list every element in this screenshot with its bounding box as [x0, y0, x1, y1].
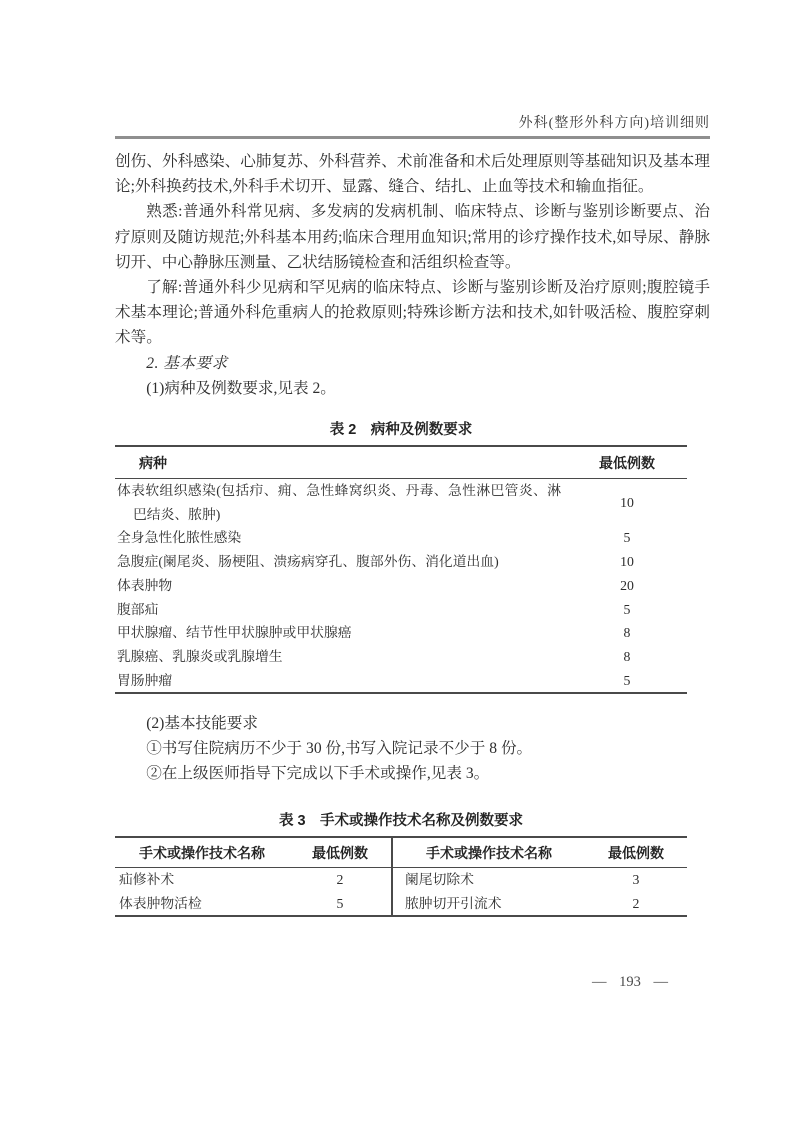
table3-row: 体表肿物活检 5 脓肿切开引流术 2 — [115, 892, 687, 917]
count-cell: 10 — [567, 550, 687, 574]
table2-header-disease: 病种 — [115, 446, 567, 479]
basic-skills-block: (2)基本技能要求 ①书写住院病历不少于 30 份,书写入院记录不少于 8 份。… — [115, 711, 710, 787]
operation-cell: 阑尾切除术 — [392, 868, 585, 892]
table2-title: 表 2 病种及例数要求 — [115, 420, 687, 440]
operation-cell: 疝修补术 — [115, 868, 289, 892]
table2-block: 表 2 病种及例数要求 病种 最低例数 体表软组织感染(包括疖、痈、急性蜂窝织炎… — [115, 420, 687, 694]
count-cell: 2 — [585, 892, 687, 917]
disease-cell: 胃肠肿瘤 — [115, 669, 567, 694]
table3-header-min-count-right: 最低例数 — [585, 837, 687, 868]
paragraph-familiar: 熟悉:普通外科常见病、多发病的发病机制、临床特点、诊断与鉴别诊断要点、治疗原则及… — [115, 199, 710, 275]
disease-cell: 乳腺癌、乳腺炎或乳腺增生 — [115, 645, 567, 669]
count-cell: 8 — [567, 621, 687, 645]
disease-cell: 体表软组织感染(包括疖、痈、急性蜂窝织炎、丹毒、急性淋巴管炎、淋巴结炎、脓肿) — [115, 479, 567, 527]
table3-header-min-count-left: 最低例数 — [289, 837, 392, 868]
count-cell: 8 — [567, 645, 687, 669]
header-rule — [115, 136, 710, 139]
document-page: 外科(整形外科方向)培训细则 创伤、外科感染、心肺复苏、外科营养、术前准备和术后… — [0, 0, 800, 1131]
heading-basic-skills: (2)基本技能要求 — [115, 711, 710, 736]
table3-operation-requirements: 手术或操作技术名称 最低例数 手术或操作技术名称 最低例数 疝修补术 2 阑尾切… — [115, 836, 687, 917]
count-cell: 10 — [567, 479, 687, 527]
disease-cell: 全身急性化脓性感染 — [115, 526, 567, 550]
table2-row: 腹部疝 5 — [115, 598, 687, 622]
count-cell: 5 — [567, 526, 687, 550]
table2-row: 体表软组织感染(包括疖、痈、急性蜂窝织炎、丹毒、急性淋巴管炎、淋巴结炎、脓肿) … — [115, 479, 687, 527]
paragraph-see-table2: (1)病种及例数要求,见表 2。 — [115, 376, 710, 401]
paragraph-see-table3: ②在上级医师指导下完成以下手术或操作,见表 3。 — [115, 761, 710, 786]
table2-row: 胃肠肿瘤 5 — [115, 669, 687, 694]
table2-row: 乳腺癌、乳腺炎或乳腺增生 8 — [115, 645, 687, 669]
table2-row: 甲状腺瘤、结节性甲状腺肿或甲状腺癌 8 — [115, 621, 687, 645]
disease-cell: 甲状腺瘤、结节性甲状腺肿或甲状腺癌 — [115, 621, 567, 645]
disease-cell: 体表肿物 — [115, 574, 567, 598]
paragraph-records-requirement: ①书写住院病历不少于 30 份,书写入院记录不少于 8 份。 — [115, 736, 710, 761]
disease-cell: 腹部疝 — [115, 598, 567, 622]
table3-header-operation-left: 手术或操作技术名称 — [115, 837, 289, 868]
table3-header-row: 手术或操作技术名称 最低例数 手术或操作技术名称 最低例数 — [115, 837, 687, 868]
table3-header-operation-right: 手术或操作技术名称 — [392, 837, 585, 868]
table2-row: 急腹症(阑尾炎、肠梗阻、溃疡病穿孔、腹部外伤、消化道出血) 10 — [115, 550, 687, 574]
count-cell: 2 — [289, 868, 392, 892]
operation-cell: 脓肿切开引流术 — [392, 892, 585, 917]
paragraph-intro: 创伤、外科感染、心肺复苏、外科营养、术前准备和术后处理原则等基础知识及基本理论;… — [115, 149, 710, 199]
table2-header-row: 病种 最低例数 — [115, 446, 687, 479]
count-cell: 20 — [567, 574, 687, 598]
table2-row: 体表肿物 20 — [115, 574, 687, 598]
table3-block: 表 3 手术或操作技术名称及例数要求 手术或操作技术名称 最低例数 手术或操作技… — [115, 811, 687, 917]
count-cell: 5 — [289, 892, 392, 917]
page-number: — 193 — — [115, 974, 668, 991]
heading-basic-requirements: 2. 基本要求 — [115, 351, 710, 376]
table2-header-min-count: 最低例数 — [567, 446, 687, 479]
body-text-block: 创伤、外科感染、心肺复苏、外科营养、术前准备和术后处理原则等基础知识及基本理论;… — [115, 149, 710, 401]
operation-cell: 体表肿物活检 — [115, 892, 289, 917]
count-cell: 5 — [567, 598, 687, 622]
table3-title: 表 3 手术或操作技术名称及例数要求 — [115, 811, 687, 831]
paragraph-understand: 了解:普通外科少见病和罕见病的临床特点、诊断与鉴别诊断及治疗原则;腹腔镜手术基本… — [115, 275, 710, 351]
disease-cell: 急腹症(阑尾炎、肠梗阻、溃疡病穿孔、腹部外伤、消化道出血) — [115, 550, 567, 574]
count-cell: 3 — [585, 868, 687, 892]
count-cell: 5 — [567, 669, 687, 694]
running-header: 外科(整形外科方向)培训细则 — [115, 112, 710, 132]
table2-row: 全身急性化脓性感染 5 — [115, 526, 687, 550]
table3-row: 疝修补术 2 阑尾切除术 3 — [115, 868, 687, 892]
table2-disease-case-requirements: 病种 最低例数 体表软组织感染(包括疖、痈、急性蜂窝织炎、丹毒、急性淋巴管炎、淋… — [115, 445, 687, 694]
